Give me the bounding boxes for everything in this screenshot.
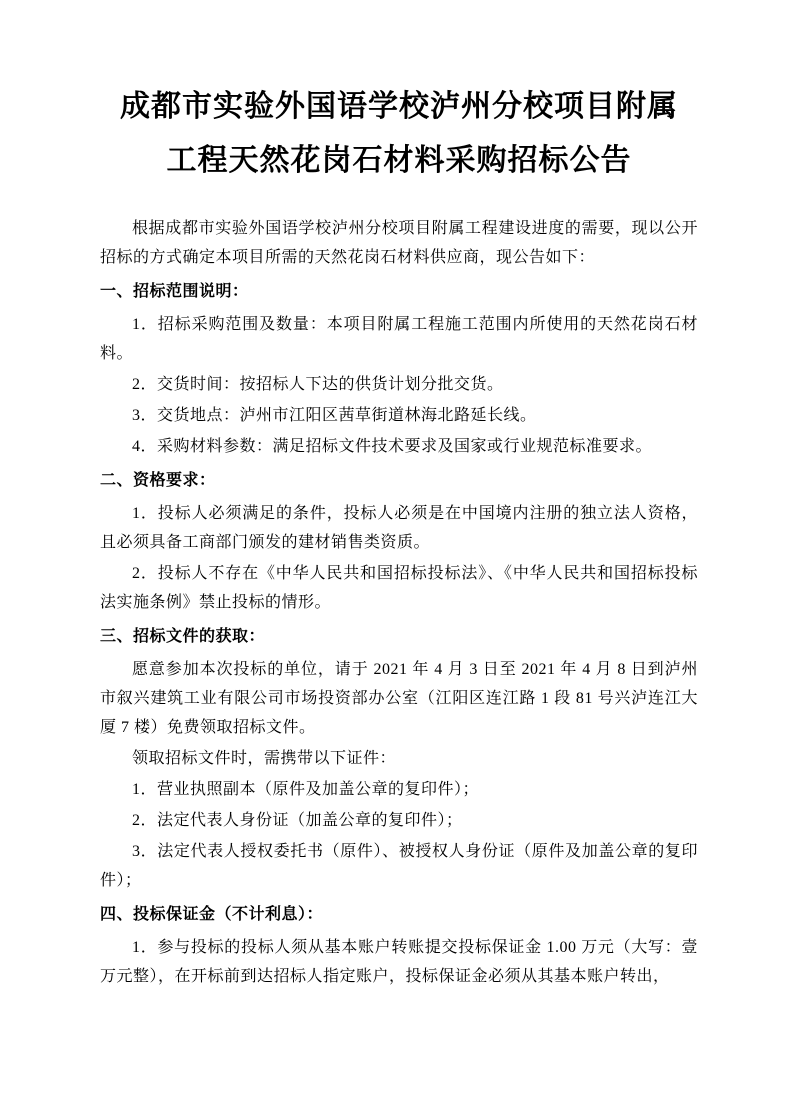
section-3-item-3: 3．法定代表人授权委托书（原件）、被授权人身份证（原件及加盖公章的复印件）； — [100, 837, 698, 895]
section-heading-3: 三、招标文件的获取： — [100, 622, 698, 651]
section-1-item-1: 1．招标采购范围及数量：本项目附属工程施工范围内所使用的天然花岗石材料。 — [100, 310, 698, 368]
section-3-item-1: 1．营业执照副本（原件及加盖公章的复印件）； — [100, 775, 698, 804]
section-2-item-1: 1．投标人必须满足的条件，投标人必须是在中国境内注册的独立法人资格，且必须具备工… — [100, 499, 698, 557]
document-page: 成都市实验外国语学校泸州分校项目附属 工程天然花岗石材料采购招标公告 根据成都市… — [0, 0, 794, 1108]
section-3-paragraph-1: 愿意参加本次投标的单位，请于 2021 年 4 月 3 日至 2021 年 4 … — [100, 655, 698, 742]
title-line-2: 工程天然花岗石材料采购招标公告 — [100, 134, 698, 188]
section-3-paragraph-2: 领取招标文件时，需携带以下证件： — [100, 744, 698, 773]
section-2-item-2: 2．投标人不存在《中华人民共和国招标投标法》、《中华人民共和国招标投标法实施条例… — [100, 559, 698, 617]
intro-paragraph: 根据成都市实验外国语学校泸州分校项目附属工程建设进度的需要，现以公开招标的方式确… — [100, 214, 698, 272]
section-1-item-2: 2．交货时间：按招标人下达的供货计划分批交货。 — [100, 370, 698, 399]
title-line-1: 成都市实验外国语学校泸州分校项目附属 — [100, 80, 698, 134]
section-4-item-1: 1．参与投标的投标人须从基本账户转账提交投标保证金 1.00 万元（大写：壹万元… — [100, 933, 698, 991]
section-heading-4: 四、投标保证金（不计利息）： — [100, 900, 698, 929]
document-title: 成都市实验外国语学校泸州分校项目附属 工程天然花岗石材料采购招标公告 — [100, 80, 698, 188]
section-heading-2: 二、资格要求： — [100, 466, 698, 495]
section-3-item-2: 2．法定代表人身份证（加盖公章的复印件）； — [100, 806, 698, 835]
section-1-item-4: 4．采购材料参数：满足招标文件技术要求及国家或行业规范标准要求。 — [100, 432, 698, 461]
section-1-item-3: 3．交货地点：泸州市江阳区茜草街道林海北路延长线。 — [100, 401, 698, 430]
section-heading-1: 一、招标范围说明： — [100, 277, 698, 306]
